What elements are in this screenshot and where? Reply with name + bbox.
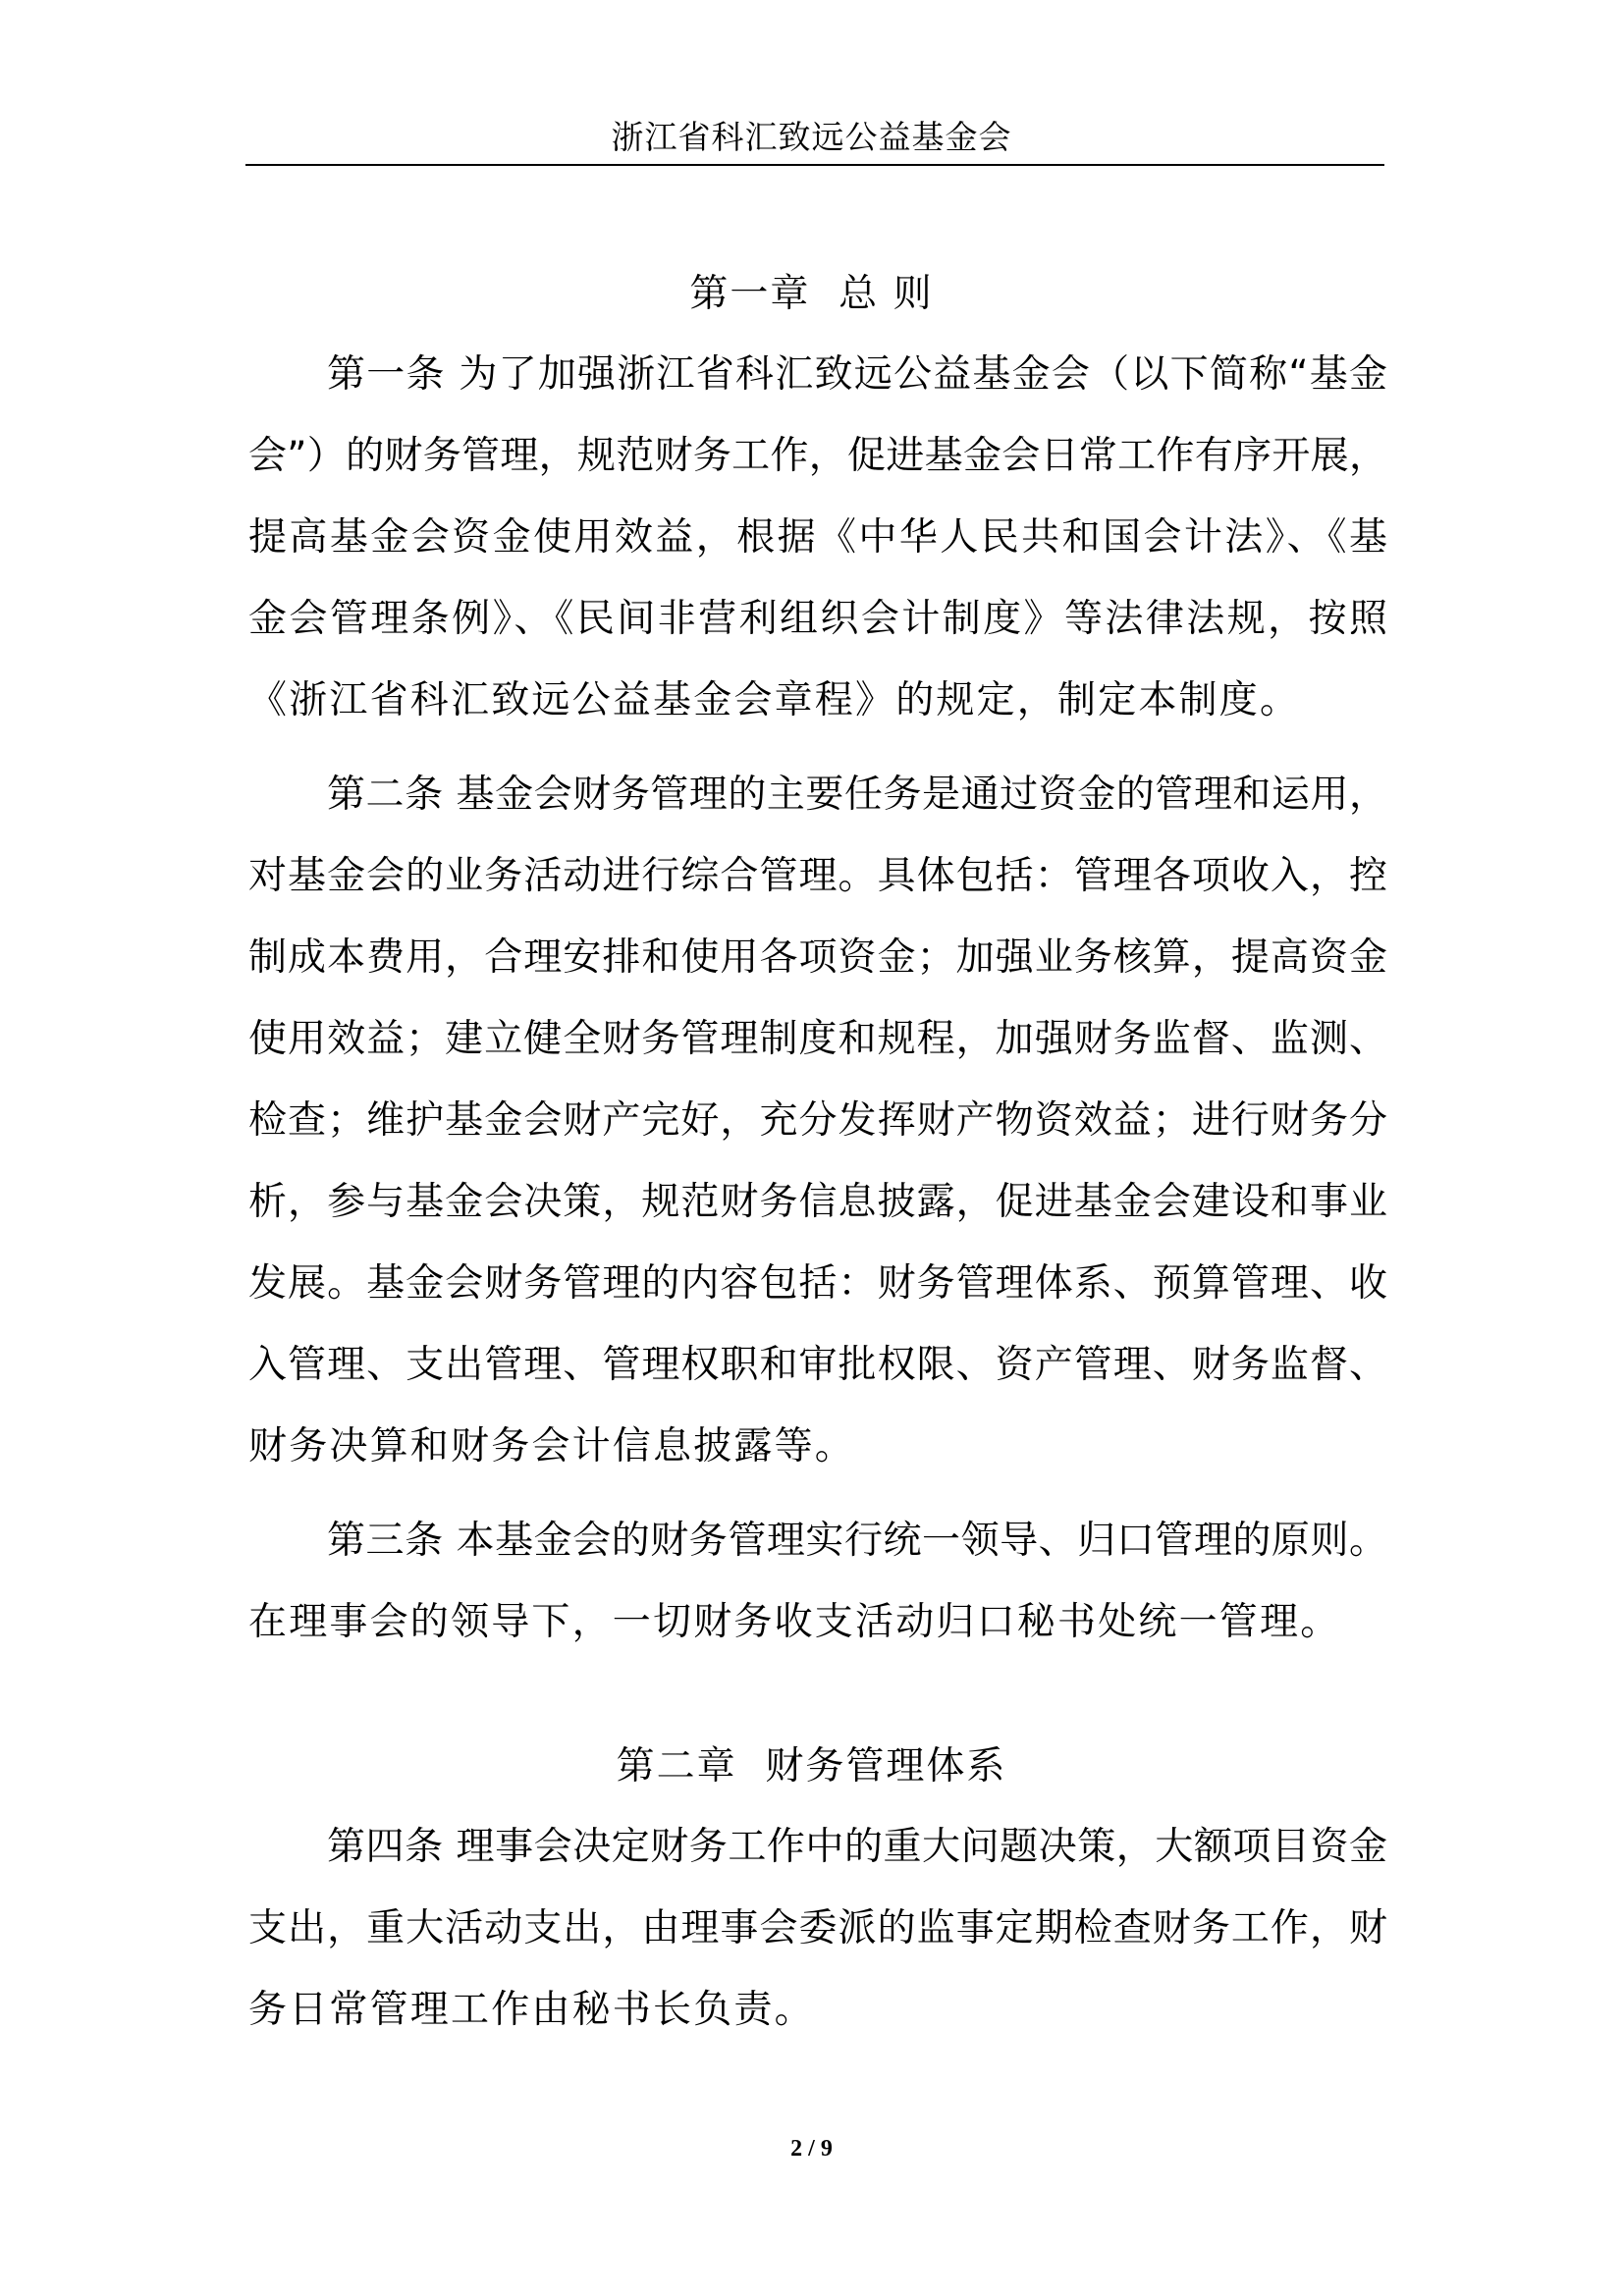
paragraph-line: 第四条 理事会决定财务工作中的重大问题决策，大额项目资金 <box>327 1818 1387 1877</box>
paragraph-line: 财务决算和财务会计信息披露等。 <box>248 1417 1387 1476</box>
paragraph-line: 入管理、支出管理、管理权职和审批权限、资产管理、财务监督、 <box>248 1336 1387 1395</box>
paragraph-line: 第一条 为了加强浙江省科汇致远公益基金会（以下简称“基金 <box>327 346 1387 404</box>
paragraph-line: 支出，重大活动支出，由理事会委派的监事定期检查财务工作，财 <box>248 1899 1387 1958</box>
page-number: 2 / 9 <box>0 2136 1623 2163</box>
paragraph-line: 会”）的财务管理，规范财务工作，促进基金会日常工作有序开展， <box>248 427 1387 486</box>
chapter-title: 第一章 总 则 <box>0 265 1623 324</box>
header-divider <box>245 164 1384 166</box>
paragraph-line: 第二条 基金会财务管理的主要任务是通过资金的管理和运用， <box>327 766 1387 825</box>
paragraph-line: 在理事会的领导下，一切财务收支活动归口秘书处统一管理。 <box>248 1593 1387 1652</box>
paragraph-line: 提高基金会资金使用效益，根据《中华人民共和国会计法》、《基 <box>248 508 1387 567</box>
paragraph-line: 金会管理条例》、《民间非营利组织会计制度》等法律法规，按照 <box>248 590 1387 649</box>
paragraph-line: 务日常管理工作由秘书长负责。 <box>248 1981 1387 2040</box>
paragraph-line: 第三条 本基金会的财务管理实行统一领导、归口管理的原则。 <box>327 1512 1387 1571</box>
paragraph-line: 《浙江省科汇致远公益基金会章程》的规定，制定本制度。 <box>248 671 1387 730</box>
paragraph-line: 析，参与基金会决策，规范财务信息披露，促进基金会建设和事业 <box>248 1173 1387 1232</box>
paragraph-line: 制成本费用，合理安排和使用各项资金；加强业务核算，提高资金 <box>248 929 1387 988</box>
paragraph-line: 使用效益；建立健全财务管理制度和规程，加强财务监督、监测、 <box>248 1010 1387 1069</box>
paragraph-line: 对基金会的业务活动进行综合管理。具体包括：管理各项收入，控 <box>248 847 1387 906</box>
chapter-title: 第二章 财务管理体系 <box>0 1737 1623 1796</box>
running-header-title: 浙江省科汇致远公益基金会 <box>0 118 1623 157</box>
paragraph-line: 检查；维护基金会财产完好，充分发挥财产物资效益；进行财务分 <box>248 1092 1387 1150</box>
paragraph-line: 发展。基金会财务管理的内容包括：财务管理体系、预算管理、收 <box>248 1255 1387 1313</box>
